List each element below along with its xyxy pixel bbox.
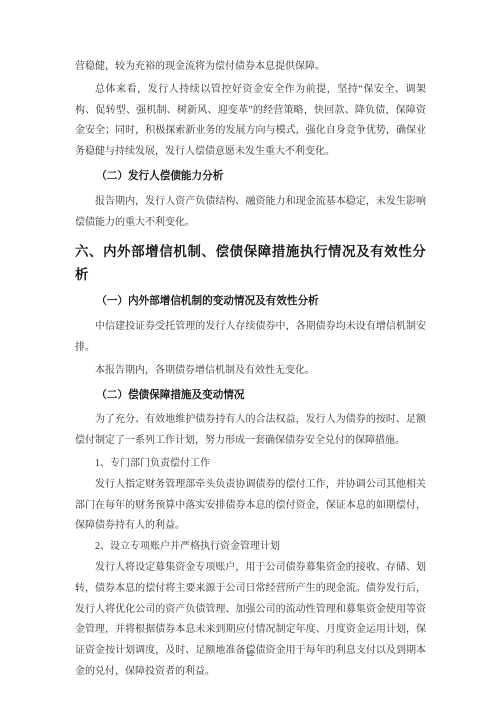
numbered-item: 1、专门部门负责偿付工作 <box>75 454 426 475</box>
paragraph: 发行人指定财务管理部牵头负责协调债券的偿付工作，并协调公司其他相关部门在每年的财… <box>75 475 426 537</box>
document-page: 营稳健，较为充裕的现金流将为偿付债券本息提供保障。 总体来看，发行人持续以管控好… <box>0 0 500 707</box>
paragraph: 为了充分、有效地维护债券持有人的合法权益，发行人为债券的按时、足额偿付制定了一系… <box>75 410 426 452</box>
page-number: 12 <box>0 649 500 658</box>
document-body: 营稳健，较为充裕的现金流将为偿付债券本息提供保障。 总体来看，发行人持续以管控好… <box>75 57 426 683</box>
paragraph: 本报告期内，各期债券增信机制及有效性无变化。 <box>75 361 426 382</box>
section-heading: 六、内外部增信机制、偿债保障措施执行情况及有效性分析 <box>75 240 426 286</box>
subsection-heading: （二）发行人偿债能力分析 <box>75 167 426 188</box>
paragraph: 报告期内，发行人资产负债结构、融资能力和现金流基本稳定，未发生影响偿债能力的重大… <box>75 192 426 234</box>
paragraph: 营稳健，较为充裕的现金流将为偿付债券本息提供保障。 <box>75 57 426 78</box>
subsection-heading: （一）内外部增信机制的变动情况及有效性分析 <box>75 292 426 313</box>
subsection-heading: （二）偿债保障措施及变动情况 <box>75 386 426 407</box>
paragraph: 总体来看，发行人持续以管控好资金安全作为前提，坚持“保安全、调架构、促转型、强机… <box>75 80 426 163</box>
numbered-item: 2、设立专项账户并严格执行资金管理计划 <box>75 537 426 558</box>
paragraph: 发行人将设定募集资金专项账户，用于公司债券募集资金的接收、存储、划转，债券本息的… <box>75 558 426 683</box>
paragraph: 中信建投证券受托管理的发行人存续债券中，各期债券均未设有增信机制安排。 <box>75 317 426 359</box>
